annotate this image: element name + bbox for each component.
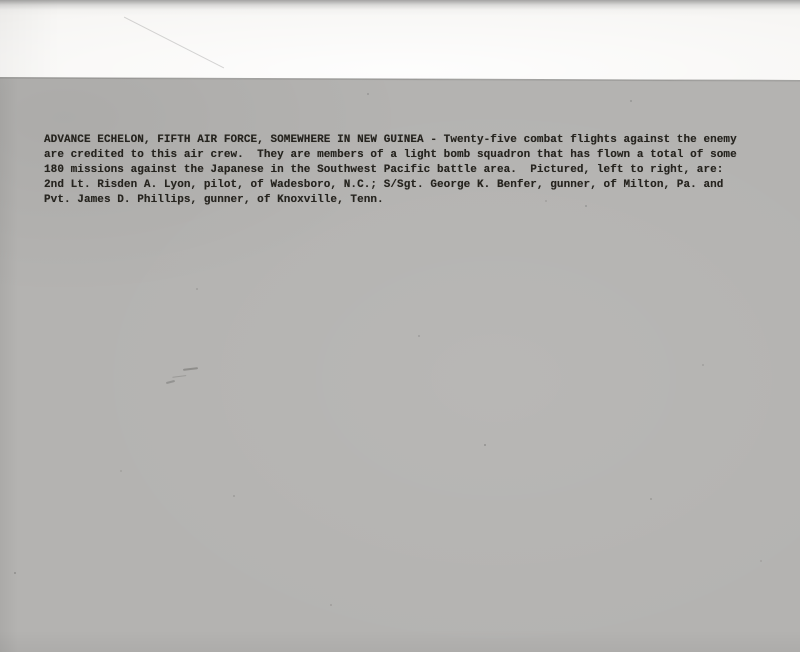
caption-line: 2nd Lt. Risden A. Lyon, pilot, of Wadesb… (44, 178, 764, 193)
typewritten-caption: ADVANCE ECHELON, FIFTH AIR FORCE, SOMEWH… (44, 133, 764, 208)
caption-line: Pvt. James D. Phillips, gunner, of Knoxv… (44, 193, 764, 208)
photo-back-scan: ADVANCE ECHELON, FIFTH AIR FORCE, SOMEWH… (0, 0, 800, 652)
paper-scratch (124, 17, 224, 69)
scan-top-shadow (0, 0, 800, 16)
pencil-smudge (166, 380, 175, 384)
paper-specks (0, 0, 2, 2)
photo-paper-edge (0, 0, 800, 82)
caption-line: ADVANCE ECHELON, FIFTH AIR FORCE, SOMEWH… (44, 133, 764, 148)
caption-line: 180 missions against the Japanese in the… (44, 163, 764, 178)
pencil-smudge (183, 367, 198, 371)
caption-line: are credited to this air crew. They are … (44, 148, 764, 163)
